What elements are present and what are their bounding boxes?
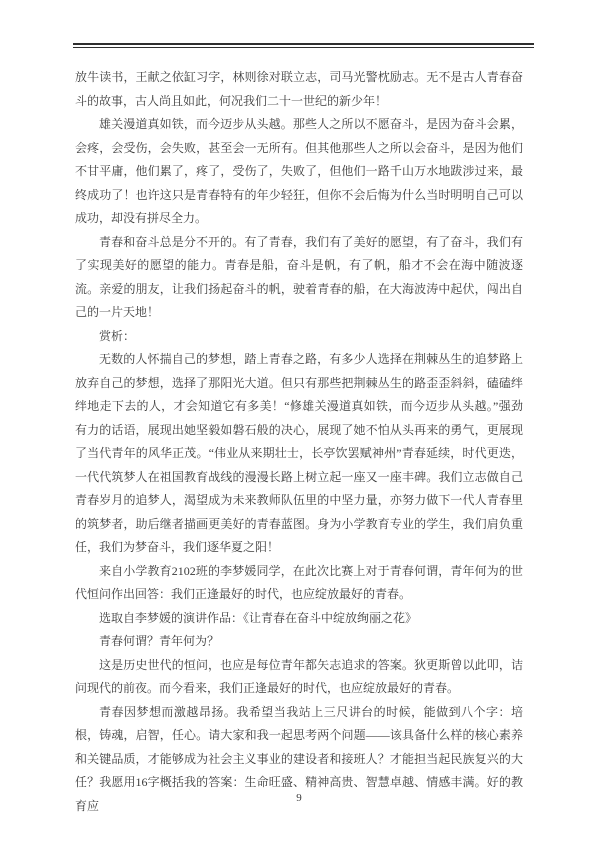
body-paragraph: 雄关漫道真如铁，而今迈步从头越。那些人之所以不愿奋斗，是因为奋斗会累，会疼，会受… — [75, 113, 523, 231]
section-label-appreciation: 赏析： — [75, 325, 523, 349]
header-divider — [73, 43, 534, 48]
page-number: 9 — [0, 792, 598, 804]
body-paragraph-continuation: 放牛读书，王献之依缸习字，林则徐对联立志，司马光警枕励志。无不是古人青春奋斗的故… — [75, 66, 523, 113]
body-paragraph: 选取自李梦媛的演讲作品：《让青春在奋斗中绽放绚丽之花》 — [75, 607, 523, 631]
body-paragraph: 青春和奋斗总是分不开的。有了青春，我们有了美好的愿望，有了奋斗，我们有了实现美好… — [75, 231, 523, 325]
document-body: 放牛读书，王献之依缸习字，林则徐对联立志，司马光警枕励志。无不是古人青春奋斗的故… — [75, 66, 523, 818]
body-paragraph: 来自小学教育2102班的李梦媛同学，在此次比赛上对于青春何谓，青年何为的世代恒问… — [75, 560, 523, 607]
body-paragraph: 这是历史世代的恒问，也应是每位青年都矢志追求的答案。狄更斯曾以此叩，诘问现代的前… — [75, 654, 523, 701]
body-paragraph: 青春何谓？青年何为？ — [75, 630, 523, 654]
document-page: 放牛读书，王献之依缸习字，林则徐对联立志，司马光警枕励志。无不是古人青春奋斗的故… — [0, 0, 598, 842]
body-paragraph: 无数的人怀揣自己的梦想，踏上青春之路，有多少人选择在荆棘丛生的追梦路上放弃自己的… — [75, 348, 523, 560]
